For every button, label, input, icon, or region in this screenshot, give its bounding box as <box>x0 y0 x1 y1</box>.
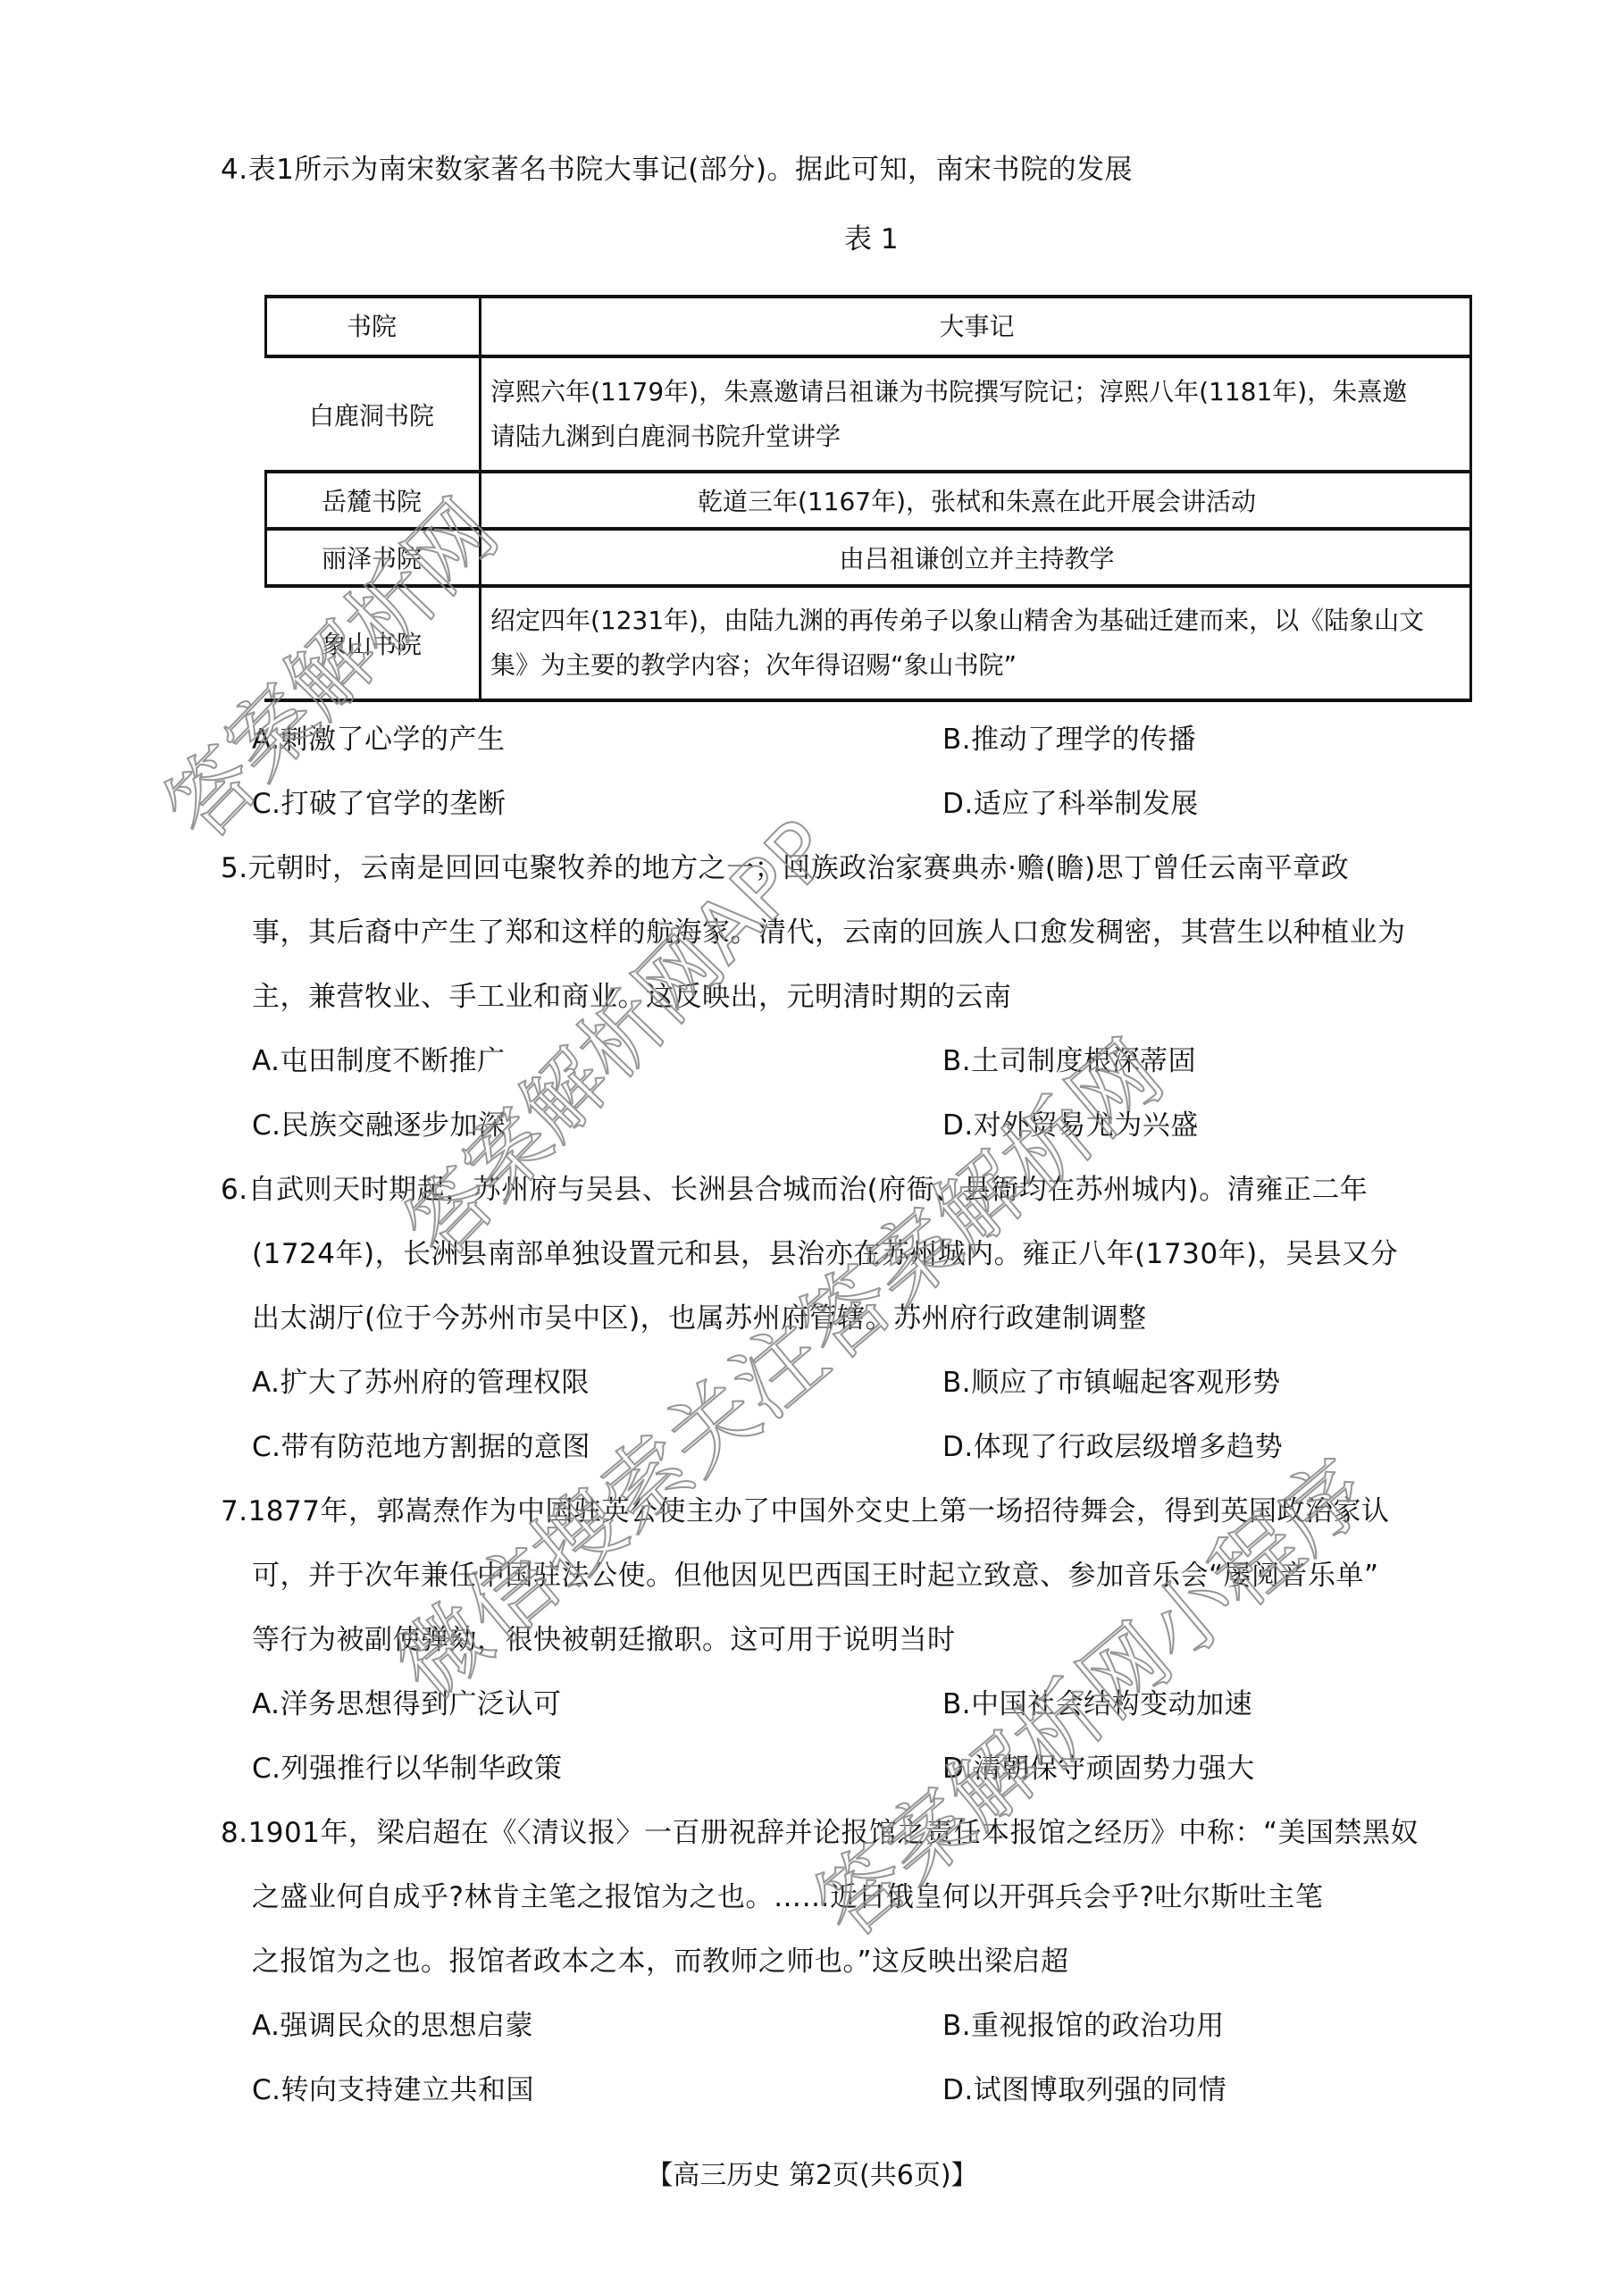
q5-stem-line: 主，兼营牧业、手工业和商业。这反映出，元明清时期的云南 <box>252 979 1012 1015</box>
table-row: 岳麓书院 乾道三年(1167年)，张栻和朱熹在此开展会讲活动 <box>264 473 1472 528</box>
table-row: 丽泽书院 由吕祖谦创立并主持教学 <box>264 530 1472 585</box>
academy-name: 丽泽书院 <box>264 530 479 585</box>
q5-option-b[interactable]: B.土司制度根深蒂固 <box>942 1043 1196 1079</box>
q8-option-d[interactable]: D.试图博取列强的同情 <box>942 2072 1226 2108</box>
q4-stem: 4.表1所示为南宋数家著名书院大事记(部分)。据此可知，南宋书院的发展 <box>221 152 1133 188</box>
q7-option-b[interactable]: B.中国社会结构变动加速 <box>942 1686 1252 1722</box>
event-line: 请陆九渊到白鹿洞书院升堂讲学 <box>490 414 1407 459</box>
table-border <box>264 699 1472 702</box>
academy-name: 岳麓书院 <box>264 473 479 528</box>
header-academy: 书院 <box>264 295 479 356</box>
q8-stem-line: 8.1901年，梁启超在《〈清议报〉一百册祝辞并论报馆之责任本报馆之经历》中称：… <box>221 1815 1419 1851</box>
table-header-row: 书院 大事记 <box>264 295 1472 356</box>
q5-option-a[interactable]: A.屯田制度不断推广 <box>252 1043 506 1079</box>
q6-stem-line: (1724年)，长洲县南部单独设置元和县，县治亦在苏州城内。雍正八年(1730年… <box>252 1236 1398 1272</box>
table-title: 表 1 <box>844 222 899 257</box>
q7-stem-line: 7.1877年，郭嵩焘作为中国驻英公使主办了中国外交史上第一场招待舞会，得到英国… <box>221 1494 1389 1529</box>
academy-name: 象山书院 <box>264 587 479 699</box>
q5-stem-line: 事，其后裔中产生了郑和这样的航海家。清代，云南的回族人口愈发稠密，其营生以种植业… <box>252 915 1406 950</box>
q7-stem-line: 等行为被副使弹劾，很快被朝廷撤职。这可用于说明当时 <box>252 1622 956 1658</box>
q4-option-c[interactable]: C.打破了官学的垄断 <box>252 786 506 822</box>
q8-stem-line: 之报馆为之也。报馆者政本之本，而教师之师也。”这反映出梁启超 <box>252 1944 1069 1979</box>
table-border <box>1469 295 1472 702</box>
q7-option-c[interactable]: C.列强推行以华制华政策 <box>252 1751 563 1787</box>
page-footer: 【高三历史 第2页(共6页)】 <box>0 2158 1624 2194</box>
table-border <box>264 295 267 357</box>
event-line: 淳熙六年(1179年)，朱熹邀请吕祖谦为书院撰写院记；淳熙八年(1181年)，朱… <box>490 370 1407 414</box>
q6-option-a[interactable]: A.扩大了苏州府的管理权限 <box>252 1365 590 1401</box>
table-border <box>264 527 1472 531</box>
table-border <box>264 470 267 587</box>
q8-option-c[interactable]: C.转向支持建立共和国 <box>252 2072 534 2108</box>
q7-stem-line: 可，并于次年兼任中国驻法公使。但他因见巴西国王时起立致意、参加音乐会“屡阅音乐单… <box>252 1558 1379 1594</box>
table-border <box>264 470 1472 473</box>
q4-option-a[interactable]: A.刺激了心学的产生 <box>252 722 506 757</box>
q8-option-a[interactable]: A.强调民众的思想启蒙 <box>252 2008 533 2044</box>
q7-option-d[interactable]: D.清朝保守顽固势力强大 <box>942 1751 1255 1787</box>
table-border <box>479 295 481 702</box>
q5-option-d[interactable]: D.对外贸易尤为兴盛 <box>942 1108 1199 1143</box>
event-text: 由吕祖谦创立并主持教学 <box>481 530 1472 585</box>
event-text: 乾道三年(1167年)，张栻和朱熹在此开展会讲活动 <box>481 473 1472 528</box>
q7-option-a[interactable]: A.洋务思想得到广泛认可 <box>252 1686 562 1722</box>
q5-stem-line: 5.元朝时，云南是回回屯聚牧养的地方之一；回族政治家赛典赤·赡(瞻)思丁曾任云南… <box>221 850 1349 886</box>
q6-stem-line: 6.自武则天时期起，苏州府与吴县、长洲县合城而治(府衙、县衙均在苏州城内)。清雍… <box>221 1172 1368 1208</box>
q4-option-d[interactable]: D.适应了科举制发展 <box>942 786 1199 822</box>
q6-stem-line: 出太湖厅(位于今苏州市吴中区)，也属苏州府管辖。苏州府行政建制调整 <box>252 1301 1147 1336</box>
q6-option-b[interactable]: B.顺应了市镇崛起客观形势 <box>942 1365 1281 1401</box>
exam-page: 4.表1所示为南宋数家著名书院大事记(部分)。据此可知，南宋书院的发展 表 1 … <box>0 0 1624 2293</box>
table-row: 白鹿洞书院 淳熙六年(1179年)，朱熹邀请吕祖谦为书院撰写院记；淳熙八年(11… <box>264 357 1472 471</box>
q6-option-c[interactable]: C.带有防范地方割据的意图 <box>252 1429 590 1465</box>
event-line: 集》为主要的教学内容；次年得诏赐“象山书院” <box>490 643 1424 688</box>
table-row: 象山书院 绍定四年(1231年)，由陆九渊的再传弟子以象山精舍为基础迁建而来，以… <box>264 587 1472 699</box>
q6-option-d[interactable]: D.体现了行政层级增多趋势 <box>942 1429 1283 1465</box>
table-border <box>264 355 1472 358</box>
header-events: 大事记 <box>481 295 1472 356</box>
q5-option-c[interactable]: C.民族交融逐步加深 <box>252 1108 506 1143</box>
table-border <box>264 584 1472 588</box>
q8-option-b[interactable]: B.重视报馆的政治功用 <box>942 2008 1225 2044</box>
q8-stem-line: 之盛业何自成乎?林肯主笔之报馆为之也。……近日俄皇何以开弭兵会乎?吐尔斯吐主笔 <box>252 1879 1323 1915</box>
academy-name: 白鹿洞书院 <box>264 357 479 471</box>
q4-option-b[interactable]: B.推动了理学的传播 <box>942 722 1196 757</box>
event-line: 绍定四年(1231年)，由陆九渊的再传弟子以象山精舍为基础迁建而来，以《陆象山文 <box>490 598 1424 643</box>
table-border <box>264 295 1472 298</box>
